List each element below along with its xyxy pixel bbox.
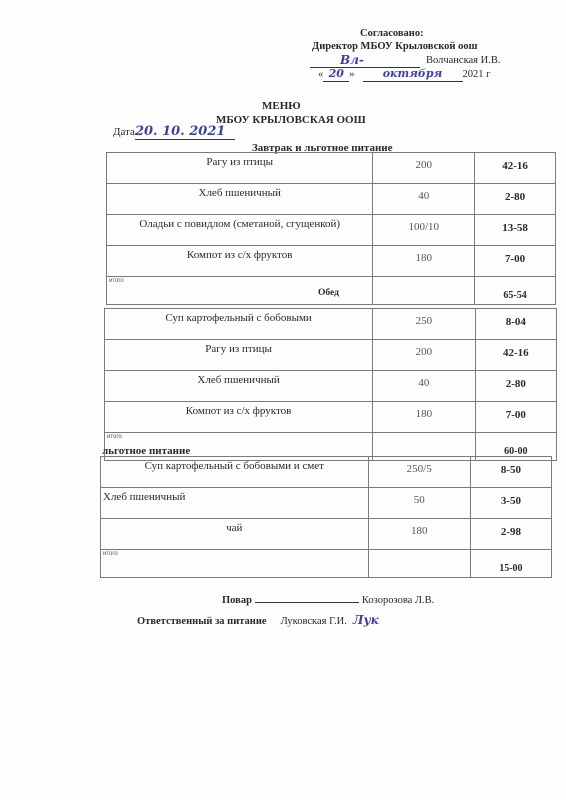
dish-price: 2-80 xyxy=(475,371,556,402)
director-signature: Вл- xyxy=(340,53,364,67)
dish-qty: 250/5 xyxy=(368,457,470,488)
responsible-label: Ответственный за питание xyxy=(137,616,267,627)
table-row: Компот из с/х фруктов 180 7-00 xyxy=(107,246,556,277)
dish-name: чай xyxy=(101,519,369,550)
dish-name: Хлеб пшеничный xyxy=(107,184,373,215)
dish-qty: 180 xyxy=(368,519,470,550)
table-row: чай 180 2-98 xyxy=(101,519,552,550)
total-row: итого 15-00 xyxy=(101,550,552,578)
section-title-lunch: Обед xyxy=(318,288,339,298)
dish-qty: 250 xyxy=(373,309,475,340)
cook-label: Повар xyxy=(222,595,252,606)
dish-name: Хлеб пшеничный xyxy=(105,371,373,402)
dish-price: 2-98 xyxy=(470,519,551,550)
approval-month: октября xyxy=(363,67,463,82)
total-empty xyxy=(373,277,475,305)
director-name: Волчанская И.В. xyxy=(426,55,500,66)
table-row: Оладьи с повидлом (сметаной, сгущенкой) … xyxy=(107,215,556,246)
date-value: 20. 10. 2021 xyxy=(135,124,235,140)
approval-day: 20 xyxy=(323,67,349,82)
dish-name: Рагу из птицы xyxy=(107,153,373,184)
dish-name: Хлеб пшеничный xyxy=(101,488,369,519)
dish-price: 42-16 xyxy=(475,340,556,371)
table-row: Компот из с/х фруктов 180 7-00 xyxy=(105,402,557,433)
dish-name: Суп картофельный с бобовыми xyxy=(105,309,373,340)
dish-name: Компот из с/х фруктов xyxy=(107,246,373,277)
dish-qty: 40 xyxy=(373,371,475,402)
dish-price: 7-00 xyxy=(475,402,556,433)
cook-signature-line xyxy=(255,592,359,603)
table-row: Суп картофельный с бобовыми и смет 250/5… xyxy=(101,457,552,488)
table-row: Суп картофельный с бобовыми 250 8-04 xyxy=(105,309,557,340)
cook-name: Козорозова Л.В. xyxy=(362,595,434,606)
cook-signature-row: ПоварКозорозова Л.В. xyxy=(222,592,434,606)
total-value: 15-00 xyxy=(470,550,551,578)
dish-qty: 180 xyxy=(373,402,475,433)
dish-name: Оладьи с повидлом (сметаной, сгущенкой) xyxy=(107,215,373,246)
responsible-row: Ответственный за питаниеЛуковская Г.И.Лу… xyxy=(137,613,379,627)
dish-price: 3-50 xyxy=(470,488,551,519)
approval-year: 2021 г xyxy=(463,69,491,80)
preferential-table: Суп картофельный с бобовыми и смет 250/5… xyxy=(100,456,552,578)
responsible-name: Луковская Г.И. xyxy=(281,616,347,627)
dish-qty: 40 xyxy=(373,184,475,215)
table-row: Хлеб пшеничный 50 3-50 xyxy=(101,488,552,519)
menu-title: МЕНЮ xyxy=(262,100,301,112)
lunch-table: Суп картофельный с бобовыми 250 8-04 Раг… xyxy=(104,308,557,461)
dish-name: Рагу из птицы xyxy=(105,340,373,371)
dish-qty: 180 xyxy=(373,246,475,277)
breakfast-table: Рагу из птицы 200 42-16 Хлеб пшеничный 4… xyxy=(106,152,556,305)
dish-qty: 200 xyxy=(373,340,475,371)
approval-date: «20»октября2021 г xyxy=(318,67,490,82)
dish-qty: 100/10 xyxy=(373,215,475,246)
school-name: МБОУ КРЫЛОВСКАЯ ООШ xyxy=(216,114,366,126)
responsible-signature: Лук xyxy=(353,613,379,627)
total-label: итого xyxy=(101,550,369,578)
table-row: Хлеб пшеничный 40 2-80 xyxy=(107,184,556,215)
total-value: 65-54 xyxy=(475,277,556,305)
table-row: Рагу из птицы 200 42-16 xyxy=(107,153,556,184)
dish-price: 2-80 xyxy=(475,184,556,215)
dish-price: 13-58 xyxy=(475,215,556,246)
dish-name: Суп картофельный с бобовыми и смет xyxy=(101,457,369,488)
total-empty xyxy=(368,550,470,578)
dish-price: 8-04 xyxy=(475,309,556,340)
dish-price: 7-00 xyxy=(475,246,556,277)
table-row: Хлеб пшеничный 40 2-80 xyxy=(105,371,557,402)
approval-heading: Согласовано: xyxy=(360,27,424,41)
director-signature-line: Вл-Волчанская И.В. xyxy=(310,54,500,68)
dish-price: 42-16 xyxy=(475,153,556,184)
dish-qty: 50 xyxy=(368,488,470,519)
dish-qty: 200 xyxy=(373,153,475,184)
table-row: Рагу из птицы 200 42-16 xyxy=(105,340,557,371)
director-position: Директор МБОУ Крыловской оош xyxy=(312,40,477,54)
dish-name: Компот из с/х фруктов xyxy=(105,402,373,433)
date-row: Дата20. 10. 2021 xyxy=(113,124,235,140)
dish-price: 8-50 xyxy=(470,457,551,488)
date-label: Дата xyxy=(113,126,135,138)
